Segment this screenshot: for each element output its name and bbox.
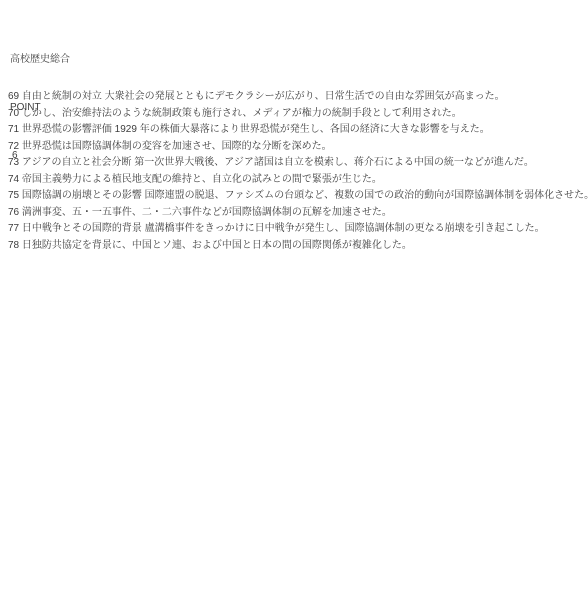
point-text: 国際協調の崩壊とその影響 国際連盟の脱退、ファシズムの台頭など、複数の国での政治… (22, 190, 588, 201)
point-line: 78 日独防共協定を背景に、中国とソ連、および中国と日本の間の国際関係が複雑化し… (8, 238, 588, 255)
point-line: 74 帝国主義勢力による植民地支配の維持と、自立化の試みとの間で緊張が生じた。 (8, 172, 588, 189)
doc-title: 高校歴史総合 (10, 52, 70, 68)
point-number: 72 (8, 141, 19, 152)
point-line: 71 世界恐慌の影響評価 1929 年の株価大暴落により世界恐慌が発生し、各国の… (8, 122, 588, 139)
point-number: 76 (8, 207, 19, 218)
point-number: 69 (8, 91, 19, 102)
point-text: 満洲事変、五・一五事件、二・二六事件などが国際協調体制の瓦解を加速させた。 (22, 207, 392, 218)
point-text: 自由と統制の対立 大衆社会の発展とともにデモクラシーが広がり、日常生活での自由な… (22, 91, 505, 102)
point-text: 帝国主義勢力による植民地支配の維持と、自立化の試みとの間で緊張が生じた。 (22, 174, 382, 185)
point-line: 77 日中戦争とその国際的背景 盧溝橋事件をきっかけに日中戦争が発生し、国際協調… (8, 221, 588, 238)
point-number: 70 (8, 108, 19, 119)
point-number: 78 (8, 240, 19, 251)
point-line: 75 国際協調の崩壊とその影響 国際連盟の脱退、ファシズムの台頭など、複数の国で… (8, 188, 588, 205)
point-number: 73 (8, 157, 19, 168)
point-text: 日中戦争とその国際的背景 盧溝橋事件をきっかけに日中戦争が発生し、国際協調体制の… (22, 223, 545, 234)
point-number: 75 (8, 190, 19, 201)
point-text: 世界恐慌は国際協調体制の変容を加速させ、国際的な分断を深めた。 (22, 141, 332, 152)
point-number: 71 (8, 124, 19, 135)
point-line: 76 満洲事変、五・一五事件、二・二六事件などが国際協調体制の瓦解を加速させた。 (8, 205, 588, 222)
point-line: 70 しかし、治安維持法のような統制政策も施行され、メディアが権力の統制手段とし… (8, 106, 588, 123)
point-text: 日独防共協定を背景に、中国とソ連、および中国と日本の間の国際関係が複雑化した。 (22, 240, 412, 251)
point-line: 72 世界恐慌は国際協調体制の変容を加速させ、国際的な分断を深めた。 (8, 139, 588, 156)
point-text: アジアの自立と社会分断 第一次世界大戦後、アジア諸国は自立を模索し、蒋介石による… (22, 157, 534, 168)
points-list: 69 自由と統制の対立 大衆社会の発展とともにデモクラシーが広がり、日常生活での… (8, 89, 588, 254)
page: 高校歴史総合 POINT 6 69 自由と統制の対立 大衆社会の発展とともにデモ… (0, 0, 588, 600)
point-number: 77 (8, 223, 19, 234)
point-text: 世界恐慌の影響評価 1929 年の株価大暴落により世界恐慌が発生し、各国の経済に… (22, 124, 490, 135)
point-line: 73 アジアの自立と社会分断 第一次世界大戦後、アジア諸国は自立を模索し、蒋介石… (8, 155, 588, 172)
point-number: 74 (8, 174, 19, 185)
point-text: しかし、治安維持法のような統制政策も施行され、メディアが権力の統制手段として利用… (22, 108, 462, 119)
point-line: 69 自由と統制の対立 大衆社会の発展とともにデモクラシーが広がり、日常生活での… (8, 89, 588, 106)
